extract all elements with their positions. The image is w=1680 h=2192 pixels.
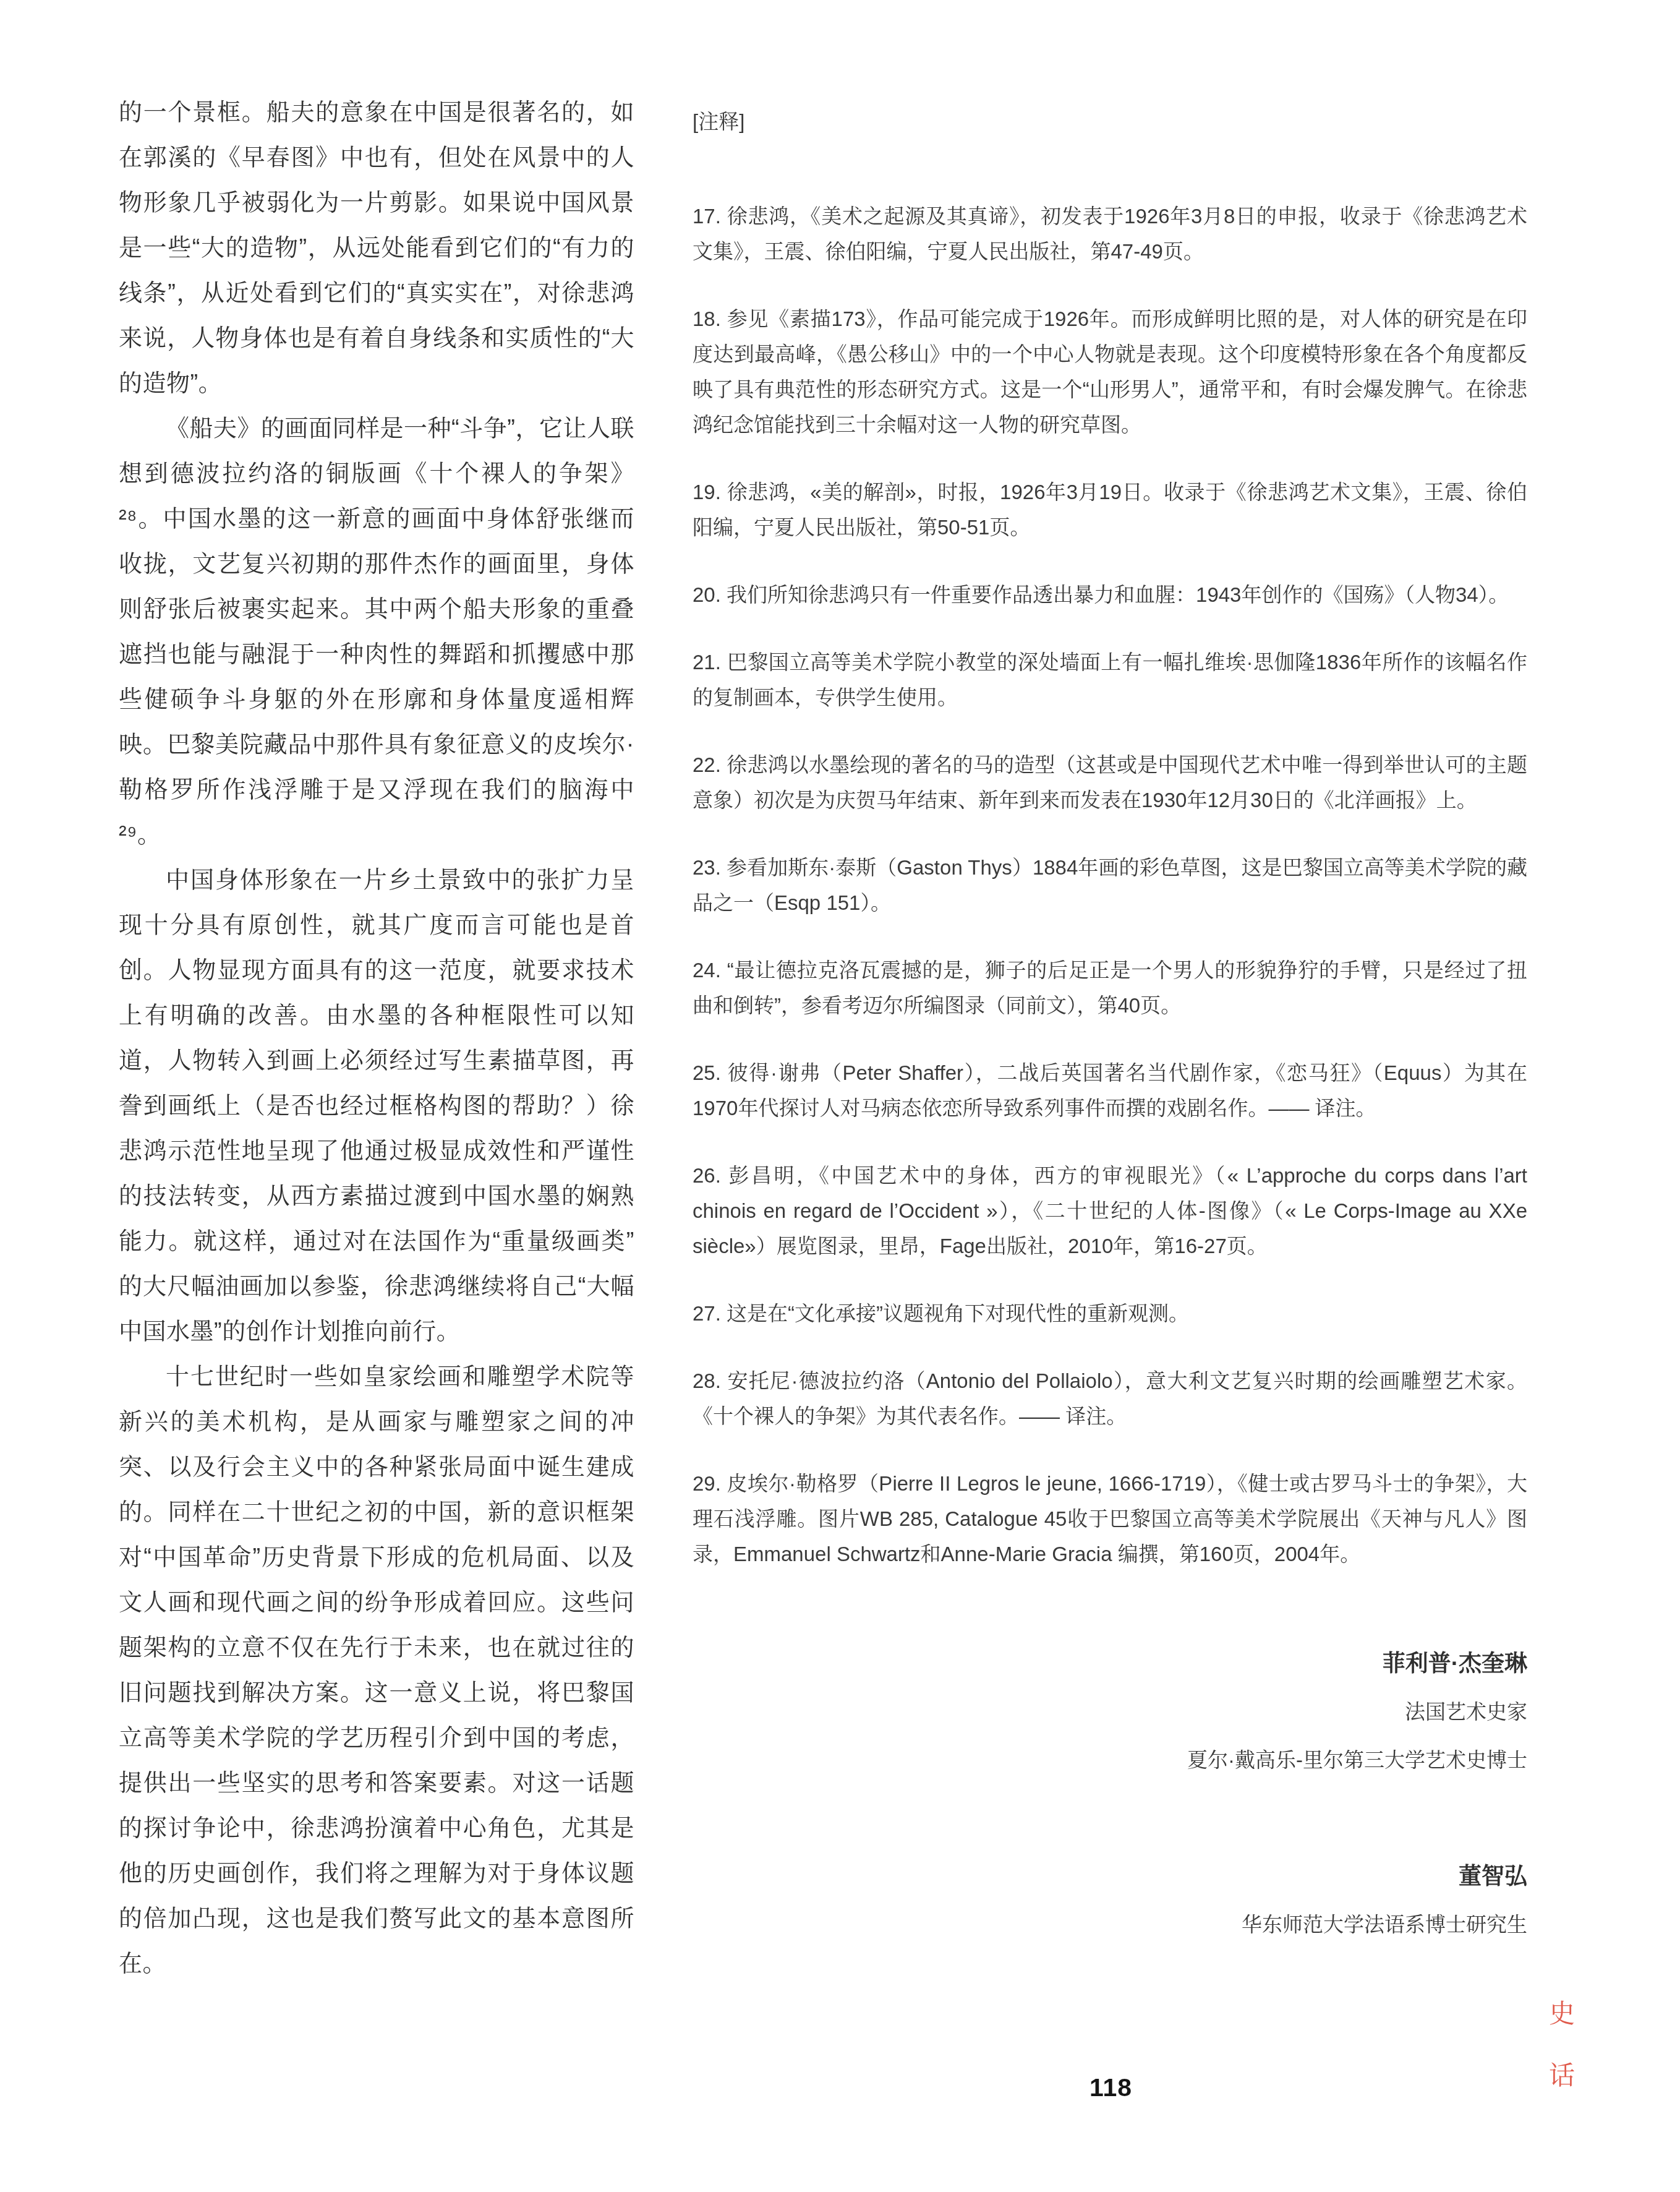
notes-column: [注释] 17. 徐悲鸿，《美术之起源及其真谛》，初发表于1926年3月8日的申… [693,104,1527,2017]
page-number: 118 [1089,2073,1132,2102]
footnote-24: 24. “最让德拉克洛瓦震撼的是，狮子的后足正是一个男人的形貌狰狞的手臂，只是经… [693,953,1527,1023]
footnote-17: 17. 徐悲鸿，《美术之起源及其真谛》，初发表于1926年3月8日的申报，收录于… [693,199,1527,269]
author-block: 董智弘 华东师范大学法语系博士研究生 [693,1852,1527,1949]
main-text-column: 的一个景框。船夫的意象在中国是很著名的，如在郭溪的《早春图》中也有，但处在风景中… [119,90,634,1987]
paragraph: 中国身体形象在一片乡土景致中的张扩力呈现十分具有原创性，就其广度而言可能也是首创… [119,858,634,1355]
footnote-19: 19. 徐悲鸿，«美的解剖»，时报，1926年3月19日。收录于《徐悲鸿艺术文集… [693,474,1527,545]
author-name: 董智弘 [693,1852,1527,1901]
paragraph: 《船夫》的画面同样是一种“斗争”，它让人联想到德波拉约洛的铜版画《十个裸人的争架… [119,406,634,858]
footnote-18: 18. 参见《素描173》，作品可能完成于1926年。而形成鲜明比照的是，对人体… [693,301,1527,442]
author-block: 菲利普·杰奎琳 法国艺术史家 夏尔·戴高乐-里尔第三大学艺术史博士 [693,1640,1527,1784]
footnote-21: 21. 巴黎国立高等美术学院小教堂的深处墙面上有一幅扎维埃·思伽隆1836年所作… [693,644,1527,715]
paragraph: 的一个景框。船夫的意象在中国是很著名的，如在郭溪的《早春图》中也有，但处在风景中… [119,90,634,406]
paragraph: 十七世纪时一些如皇家绘画和雕塑学术院等新兴的美术机构，是从画家与雕塑家之间的冲突… [119,1355,634,1987]
author-affiliation: 华东师范大学法语系博士研究生 [693,1901,1527,1949]
footnote-29: 29. 皮埃尔·勒格罗（Pierre II Legros le jeune, 1… [693,1466,1527,1572]
footnote-20: 20. 我们所知徐悲鸿只有一件重要作品透出暴力和血腥：1943年创作的《国殇》（… [693,577,1527,612]
footnote-26: 26. 彭昌明，《中国艺术中的身体，西方的审视眼光》（« L’approche … [693,1158,1527,1264]
author-affiliation: 法国艺术史家 [693,1688,1527,1736]
footnote-23: 23. 参看加斯东·泰斯（Gaston Thys）1884年画的彩色草图，这是巴… [693,850,1527,920]
section-side-label-char: 话 [1547,2061,1577,2091]
section-side-label-char: 史 [1547,1999,1577,2029]
footnote-27: 27. 这是在“文化承接”议题视角下对现代性的重新观测。 [693,1296,1527,1331]
document-page: { "page": { "number": "118", "side_label… [0,0,1680,2192]
footnote-22: 22. 徐悲鸿以水墨绘现的著名的马的造型（这甚或是中国现代艺术中唯一得到举世认可… [693,747,1527,818]
notes-header: [注释] [693,104,1527,139]
footnote-25: 25. 彼得·谢弗（Peter Shaffer），二战后英国著名当代剧作家，《恋… [693,1055,1527,1126]
footnote-28: 28. 安托尼·德波拉约洛（Antonio del Pollaiolo），意大利… [693,1363,1527,1434]
authors-section: 菲利普·杰奎琳 法国艺术史家 夏尔·戴高乐-里尔第三大学艺术史博士 董智弘 华东… [693,1640,1527,1949]
author-affiliation: 夏尔·戴高乐-里尔第三大学艺术史博士 [693,1736,1527,1784]
author-name: 菲利普·杰奎琳 [693,1640,1527,1688]
